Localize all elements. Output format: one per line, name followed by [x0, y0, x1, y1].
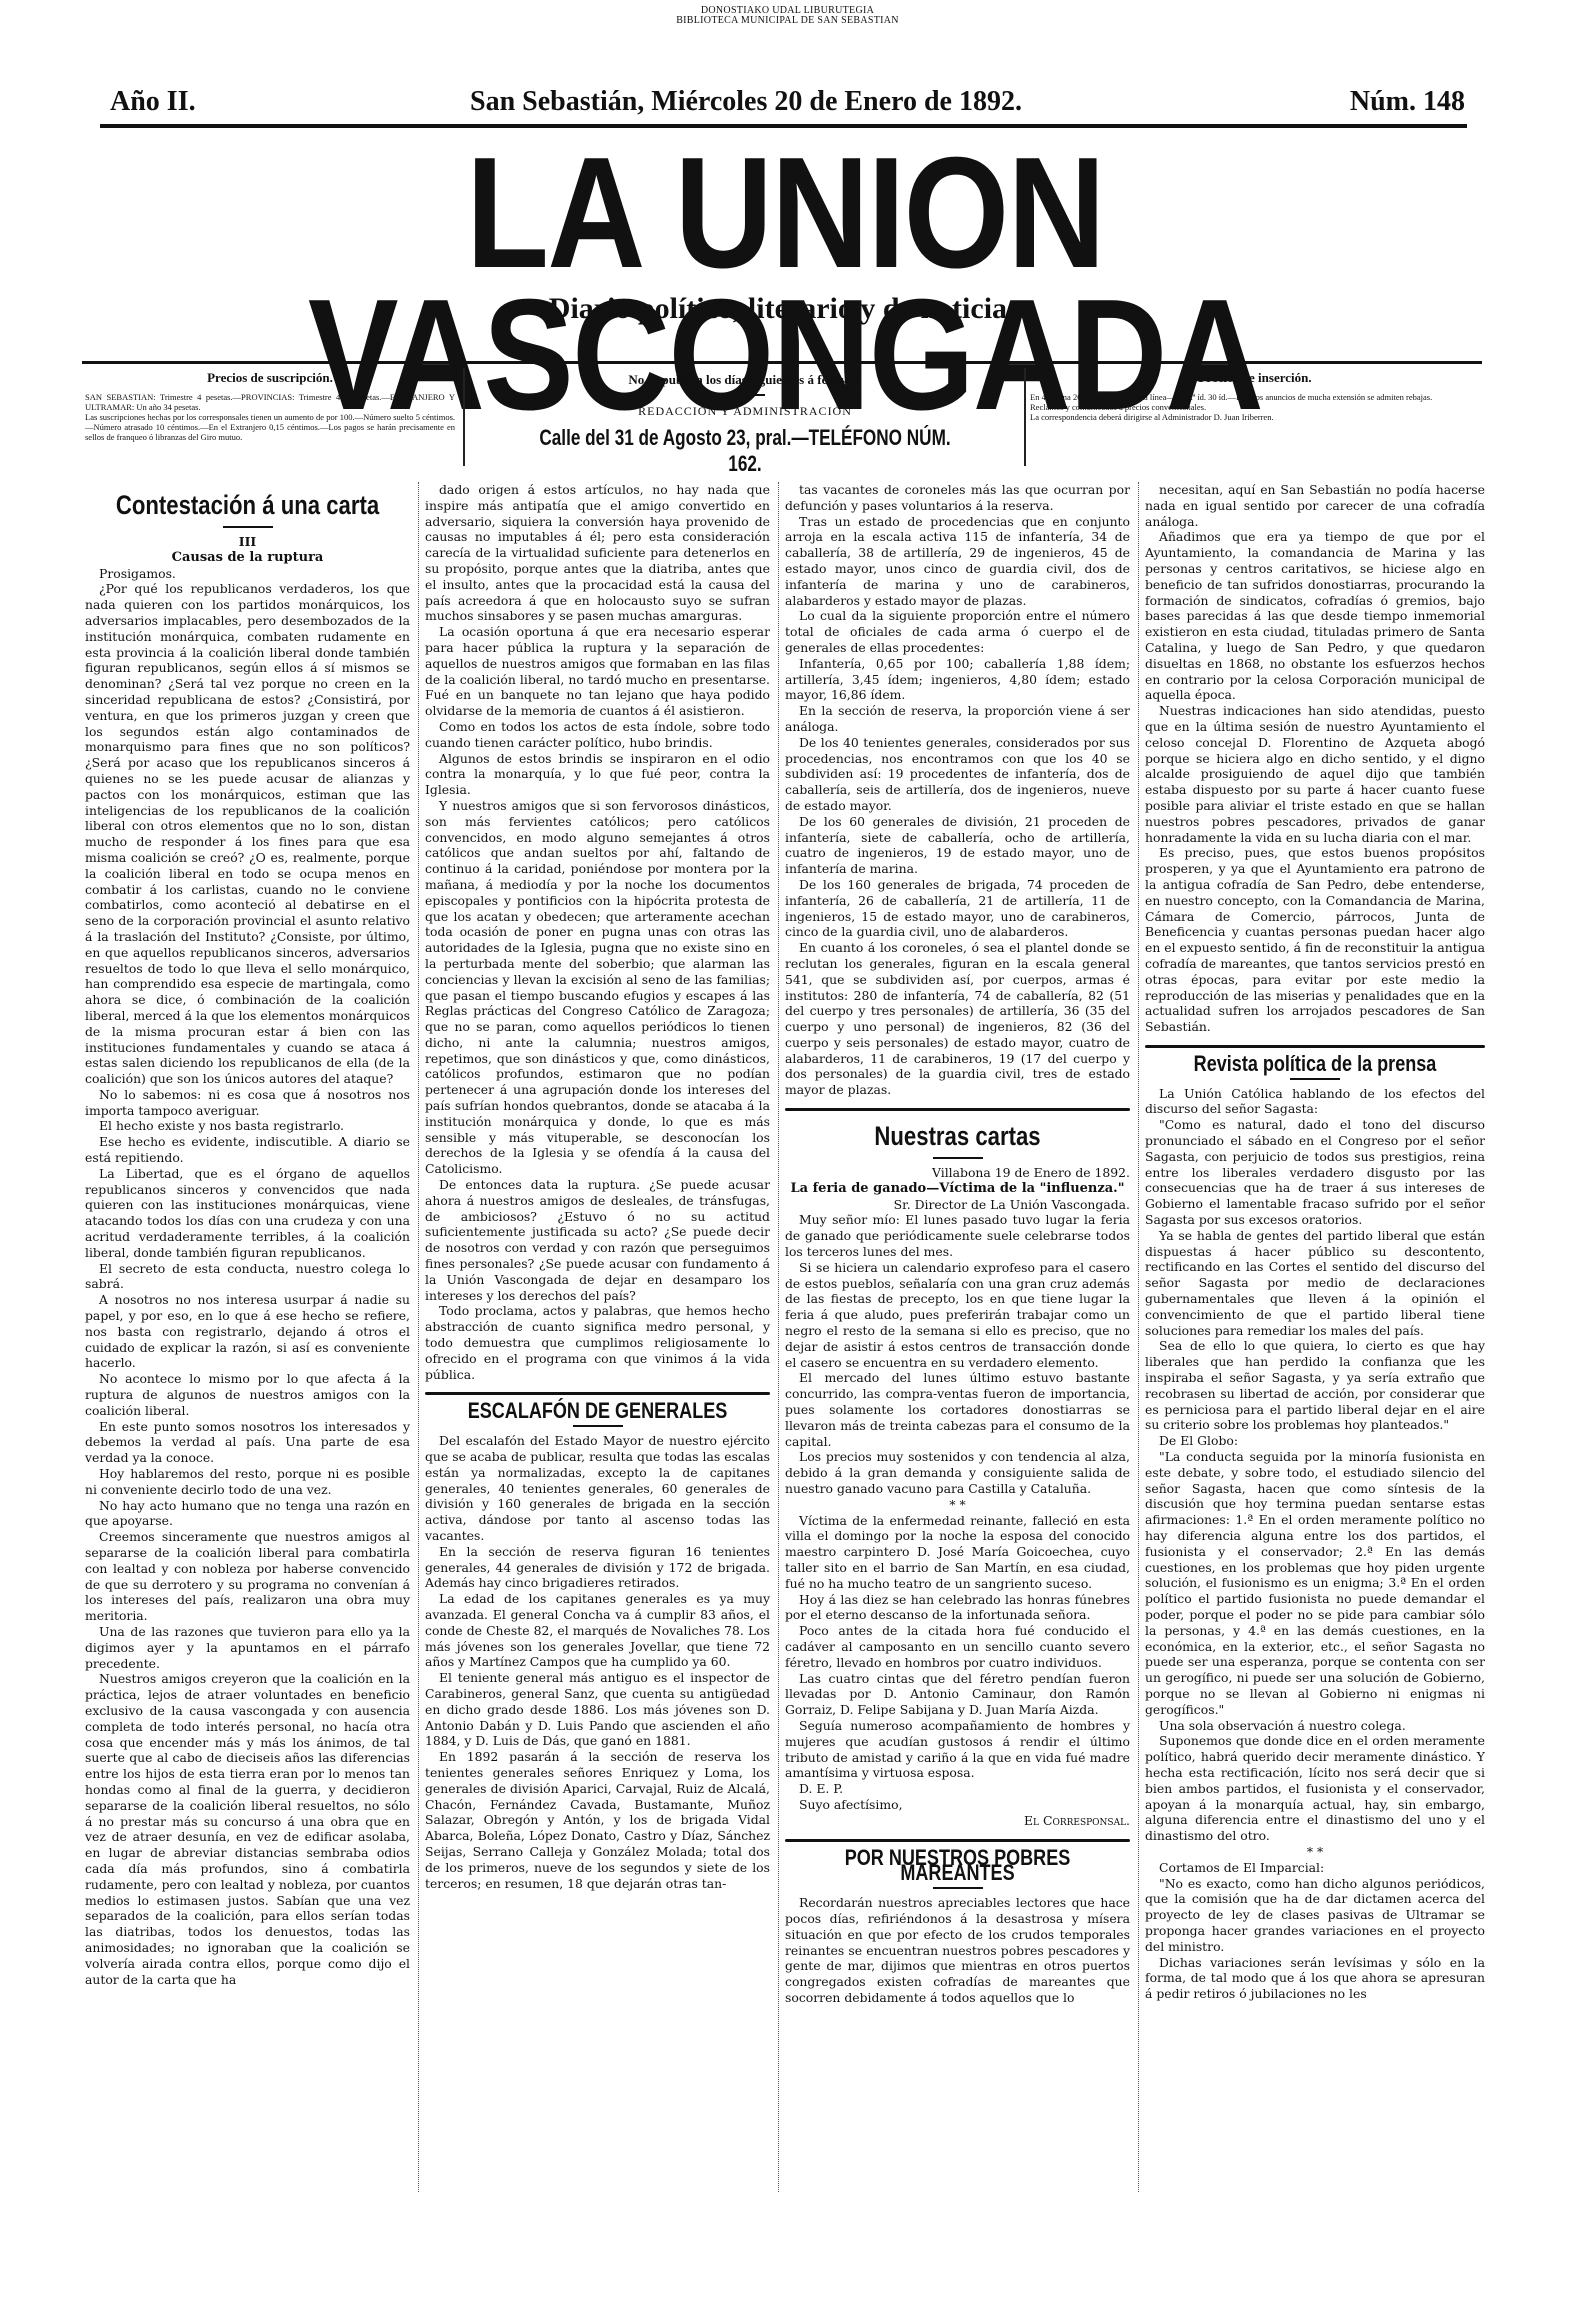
paragraph: La Libertad, que es el órgano de aquello… — [85, 1166, 410, 1261]
subscription-prices: Precios de suscripción. SAN SEBASTIAN: T… — [85, 366, 455, 466]
article-part: III — [85, 534, 410, 550]
article-headline: Contestación á una carta — [114, 488, 381, 522]
office-label: REDACCIÓN Y ADMINISTRACIÓN — [470, 404, 1020, 419]
letter-dateline: Villabona 19 de Enero de 1892. — [785, 1165, 1130, 1181]
paragraph: Como en todos los actos de esta índole, … — [425, 719, 770, 751]
paragraph: A nosotros no nos interesa usurpar á nad… — [85, 1292, 410, 1371]
subscription-line: SAN SEBASTIAN: Trimestre 4 pesetas.—PROV… — [85, 392, 455, 412]
column-divider — [1138, 482, 1139, 2192]
headline-rule — [573, 1425, 623, 1427]
paragraph: El hecho existe y nos basta registrarlo. — [85, 1118, 410, 1134]
issue-number: Núm. 148 — [1350, 86, 1465, 118]
paragraph: ¿Por qué los republicanos verdaderos, lo… — [85, 581, 410, 1087]
paragraph: Cortamos de El Imparcial: — [1145, 1860, 1485, 1876]
headline-rule — [1290, 1078, 1340, 1080]
column-1: Contestación á una carta III Causas de l… — [85, 482, 410, 2192]
paragraph: Ya se habla de gentes del partido libera… — [1145, 1228, 1485, 1339]
paragraph: Una de las razones que tuvieron para ell… — [85, 1624, 410, 1671]
paragraph: Hoy á las diez se han celebrado las honr… — [785, 1592, 1130, 1624]
subscription-title: Precios de suscripción. — [85, 370, 455, 386]
office-info: No se publica los días siguientes á fest… — [470, 366, 1020, 466]
info-divider — [1024, 368, 1026, 466]
paragraph: En cuanto á los coroneles, ó sea el plan… — [785, 940, 1130, 1098]
paragraph: "La conducta seguida por la minoría fusi… — [1145, 1449, 1485, 1718]
insertion-line: En 4.ª plana 20 céntimos de peseta línea… — [1030, 392, 1480, 402]
section-rule — [785, 1108, 1130, 1111]
archive-line-2: BIBLIOTECA MUNICIPAL DE SAN SEBASTIAN — [0, 16, 1575, 26]
paragraph: Prosigamos. — [85, 566, 410, 582]
article-headline: POR NUESTROS POBRES MAREANTES — [816, 1850, 1099, 1882]
letter-signature: El Corresponsal. — [785, 1813, 1130, 1829]
asterism-icon: * * — [1145, 1844, 1485, 1860]
letter-salutation: Sr. Director de La Unión Vascongada. — [785, 1197, 1130, 1213]
place-date: San Sebastián, Miércoles 20 de Enero de … — [470, 86, 1022, 118]
article-headline: Nuestras cartas — [816, 1119, 1099, 1153]
year-label: Año II. — [110, 86, 196, 118]
article-headline: Revista política de la prensa — [1176, 1056, 1455, 1072]
paragraph: El teniente general más antiguo es el in… — [425, 1670, 770, 1749]
paragraph: Dichas variaciones serán levísimas y sól… — [1145, 1955, 1485, 2002]
paragraph: Nuestras indicaciones han sido atendidas… — [1145, 703, 1485, 845]
insertion-line: La correspondencia deberá dirigirse al A… — [1030, 412, 1480, 422]
paragraph: Es preciso, pues, que estos buenos propó… — [1145, 845, 1485, 1035]
paragraph: No lo sabemos: ni es cosa que á nosotros… — [85, 1087, 410, 1119]
paragraph: El mercado del lunes último estuvo basta… — [785, 1370, 1130, 1449]
paragraph: Ese hecho es evidente, indiscutible. A d… — [85, 1134, 410, 1166]
paragraph: De los 160 generales de brigada, 74 proc… — [785, 877, 1130, 940]
paragraph: dado origen á estos artículos, no hay na… — [425, 482, 770, 624]
paragraph: Tras un estado de procedencias que en co… — [785, 514, 1130, 609]
paragraph: Muy señor mío: El lunes pasado tuvo luga… — [785, 1212, 1130, 1259]
paragraph: Los precios muy sostenidos y con tendenc… — [785, 1449, 1130, 1496]
headline-rule — [933, 1887, 983, 1889]
paragraph: Algunos de estos brindis se inspiraron e… — [425, 751, 770, 798]
section-rule — [1145, 1045, 1485, 1048]
paragraph: En 1892 pasarán á la sección de reserva … — [425, 1749, 770, 1891]
paragraph: De los 60 generales de división, 21 proc… — [785, 814, 1130, 877]
paragraph: Sea de ello lo que quiera, lo cierto es … — [1145, 1338, 1485, 1433]
paragraph: Suyo afectísimo, — [785, 1797, 1130, 1813]
paragraph: Todo proclama, actos y palabras, que hem… — [425, 1303, 770, 1382]
column-3: tas vacantes de coroneles más las que oc… — [785, 482, 1130, 2192]
column-2: dado origen á estos artículos, no hay na… — [425, 482, 770, 2192]
subscription-line: Las suscripciones hechas por los corresp… — [85, 412, 455, 442]
paragraph: De entonces data la ruptura. ¿Se puede a… — [425, 1177, 770, 1303]
article-subhead: Causas de la ruptura — [85, 550, 410, 566]
ornament-rule — [725, 394, 765, 396]
masthead-tagline: Diario político, literario y de noticias… — [0, 292, 1575, 326]
paragraph: De los 40 tenientes generales, considera… — [785, 735, 1130, 814]
section-rule — [425, 1392, 770, 1395]
insertion-line: Reclamos y comunicados á precios convenc… — [1030, 402, 1480, 412]
paragraph: Y nuestros amigos que si son fervorosos … — [425, 798, 770, 1177]
paragraph: La ocasión oportuna á que era necesario … — [425, 624, 770, 719]
paragraph: En la sección de reserva, la proporción … — [785, 703, 1130, 735]
masthead-title: LA UNION VASCONGADA — [222, 142, 1349, 284]
paragraph: necesitan, aquí en San Sebastián no podí… — [1145, 482, 1485, 529]
paragraph: Suponemos que donde dice en el orden mer… — [1145, 1733, 1485, 1844]
paragraph: Creemos sinceramente que nuestros amigos… — [85, 1529, 410, 1624]
article-headline: ESCALAFÓN DE GENERALES — [456, 1403, 739, 1419]
paragraph: Lo cual da la siguiente proporción entre… — [785, 608, 1130, 655]
paragraph: D. E. P. — [785, 1781, 1130, 1797]
paragraph: El secreto de esta conducta, nuestro col… — [85, 1261, 410, 1293]
letter-subhead: La feria de ganado—Víctima de la "influe… — [785, 1181, 1130, 1197]
archive-stamp: DONOSTIAKO UDAL LIBURUTEGIA BIBLIOTECA M… — [0, 6, 1575, 26]
paragraph: Recordarán nuestros apreciables lectores… — [785, 1895, 1130, 2006]
column-4: necesitan, aquí en San Sebastián no podí… — [1145, 482, 1485, 2192]
publication-notice: No se publica los días siguientes á fest… — [470, 372, 1020, 388]
paragraph: En este punto somos nosotros los interes… — [85, 1419, 410, 1466]
paragraph: No acontece lo mismo por lo que afecta á… — [85, 1371, 410, 1418]
paragraph: Nuestros amigos creyeron que la coalició… — [85, 1671, 410, 1987]
paragraph: Una sola observación á nuestro colega. — [1145, 1718, 1485, 1734]
headline-rule — [933, 1157, 983, 1159]
info-divider — [463, 368, 465, 466]
paragraph: "No es exacto, como han dicho algunos pe… — [1145, 1876, 1485, 1955]
paragraph: Poco antes de la citada hora fué conduci… — [785, 1623, 1130, 1670]
section-rule — [785, 1839, 1130, 1842]
paragraph: Del escalafón del Estado Mayor de nuestr… — [425, 1433, 770, 1544]
paragraph: Víctima de la enfermedad reinante, falle… — [785, 1513, 1130, 1592]
paragraph: La edad de los capitanes generales es ya… — [425, 1591, 770, 1670]
paragraph: Añadimos que era ya tiempo de que por el… — [1145, 529, 1485, 703]
info-bar-rule — [82, 361, 1482, 364]
paragraph: Infantería, 0,65 por 100; caballería 1,8… — [785, 656, 1130, 703]
insertion-prices: Precios de inserción. En 4.ª plana 20 cé… — [1030, 366, 1480, 466]
headline-rule — [223, 526, 273, 528]
asterism-icon: * * — [785, 1497, 1130, 1513]
paragraph: Las cuatro cintas que del féretro pendía… — [785, 1671, 1130, 1718]
paragraph: Seguía numeroso acompañamiento de hombre… — [785, 1718, 1130, 1781]
paragraph: En la sección de reserva figuran 16 teni… — [425, 1544, 770, 1591]
insertion-title: Precios de inserción. — [1030, 370, 1480, 386]
paragraph: Si se hiciera un calendario exprofeso pa… — [785, 1260, 1130, 1371]
dateline: Año II. San Sebastián, Miércoles 20 de E… — [110, 86, 1465, 120]
paragraph: La Unión Católica hablando de los efecto… — [1145, 1086, 1485, 1118]
paragraph: De El Globo: — [1145, 1433, 1485, 1449]
paragraph: tas vacantes de coroneles más las que oc… — [785, 482, 1130, 514]
office-address: Calle del 31 de Agosto 23, pral.—TELÉFON… — [531, 425, 960, 477]
column-divider — [418, 482, 419, 2192]
paragraph: Hoy hablaremos del resto, porque ni es p… — [85, 1466, 410, 1498]
paragraph: No hay acto humano que no tenga una razó… — [85, 1498, 410, 1530]
column-divider — [778, 482, 779, 2192]
paragraph: "Como es natural, dado el tono del discu… — [1145, 1117, 1485, 1228]
